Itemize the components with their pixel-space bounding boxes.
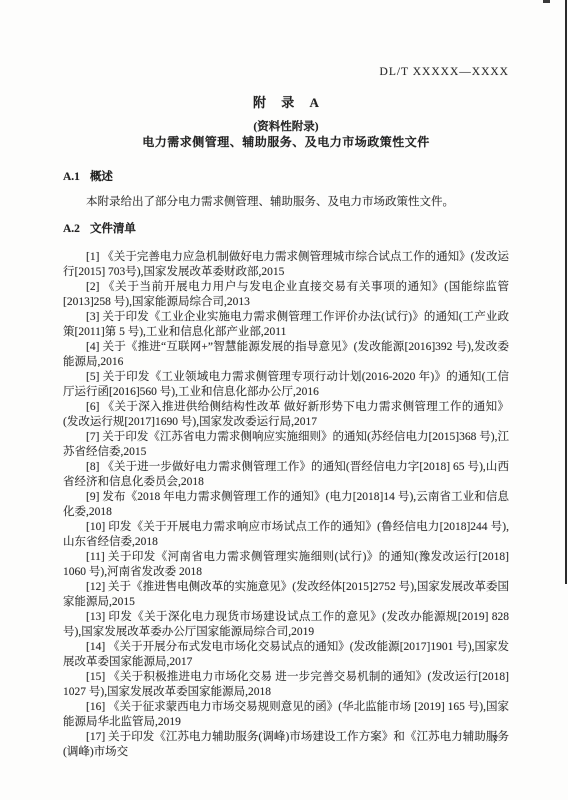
reference-item: [17] 关于印发《江苏电力辅助服务(调峰)市场建设工作方案》和《江苏电力辅助服… [63,730,509,760]
reference-list: [1] 《关于完善电力应急机制做好电力需求侧管理城市综合试点工作的通知》(发改运… [63,250,509,760]
reference-item: [6] 《关于深入推进供给侧结构性改革 做好新形势下电力需求侧管理工作的通知》(… [63,400,509,430]
section-heading-a2: A.2文件清单 [63,222,509,237]
reference-item: [15] 《关于积极推进电力市场化交易 进一步完善交易机制的通知》(发改运行[2… [63,670,509,700]
overview-paragraph: 本附录给出了部分电力需求侧管理、辅助服务、及电力市场政策性文件。 [63,195,509,210]
appendix-subtitle: (资料性附录) [63,120,509,135]
reference-item: [16] 《关于征求蒙西电力市场交易规则意见的函》(华北监能市场 [2019] … [63,700,509,730]
section-heading-a1: A.1概述 [63,170,509,185]
reference-item: [12] 关于《推进售电侧改革的实施意见》(发改经体[2015]2752 号),… [63,580,509,610]
page-content: DL/T XXXXX—XXXX 附 录 A (资料性附录) 电力需求侧管理、辅助… [63,0,509,760]
reference-item: [2] 《关于当前开展电力用户与发电企业直接交易有关事项的通知》(国能综监管[2… [63,280,509,310]
scan-artifact [543,0,550,3]
reference-item: [9] 发布《2018 年电力需求侧管理工作的通知》(电力[2018]14 号)… [63,490,509,520]
reference-item: [10] 印发《关于开展电力需求响应市场试点工作的通知》(鲁经信电力[2018]… [63,520,509,550]
page-number: 7 [492,733,498,748]
section-number: A.1 [63,171,80,183]
reference-item: [8] 《关于进一步做好电力需求侧管理工作》的通知(晋经信电力字[2018] 6… [63,460,509,490]
section-number: A.2 [63,223,80,235]
reference-item: [3] 关于印发《工业企业实施电力需求侧管理工作评价办法(试行)》的通知(工产业… [63,310,509,340]
reference-item: [14] 《关于开展分布式发电市场化交易试点的通知》(发改能源[2017]190… [63,640,509,670]
reference-item: [7] 关于印发《江苏省电力需求侧响应实施细则》的通知(苏经信电力[2015]3… [63,430,509,460]
document-page: DL/T XXXXX—XXXX 附 录 A (资料性附录) 电力需求侧管理、辅助… [0,0,568,800]
section-title: 概述 [90,171,113,183]
reference-item: [4] 关于《推进“互联网+”智慧能源发展的指导意见》(发改能源[2016]39… [63,340,509,370]
section-title: 文件清单 [90,223,136,235]
scan-edge-line [565,0,567,584]
doc-code: DL/T XXXXX—XXXX [63,66,509,79]
appendix-subject: 电力需求侧管理、辅助服务、及电力市场政策性文件 [63,135,509,150]
reference-item: [1] 《关于完善电力应急机制做好电力需求侧管理城市综合试点工作的通知》(发改运… [63,250,509,280]
reference-item: [5] 关于印发《工业领域电力需求侧管理专项行动计划(2016-2020 年)》… [63,370,509,400]
reference-item: [11] 关于印发《河南省电力需求侧管理实施细则(试行)》的通知(豫发改运行[2… [63,550,509,580]
appendix-title: 附 录 A [63,95,509,110]
reference-item: [13] 印发《关于深化电力现货市场建设试点工作的意见》(发改办能源规[2019… [63,610,509,640]
